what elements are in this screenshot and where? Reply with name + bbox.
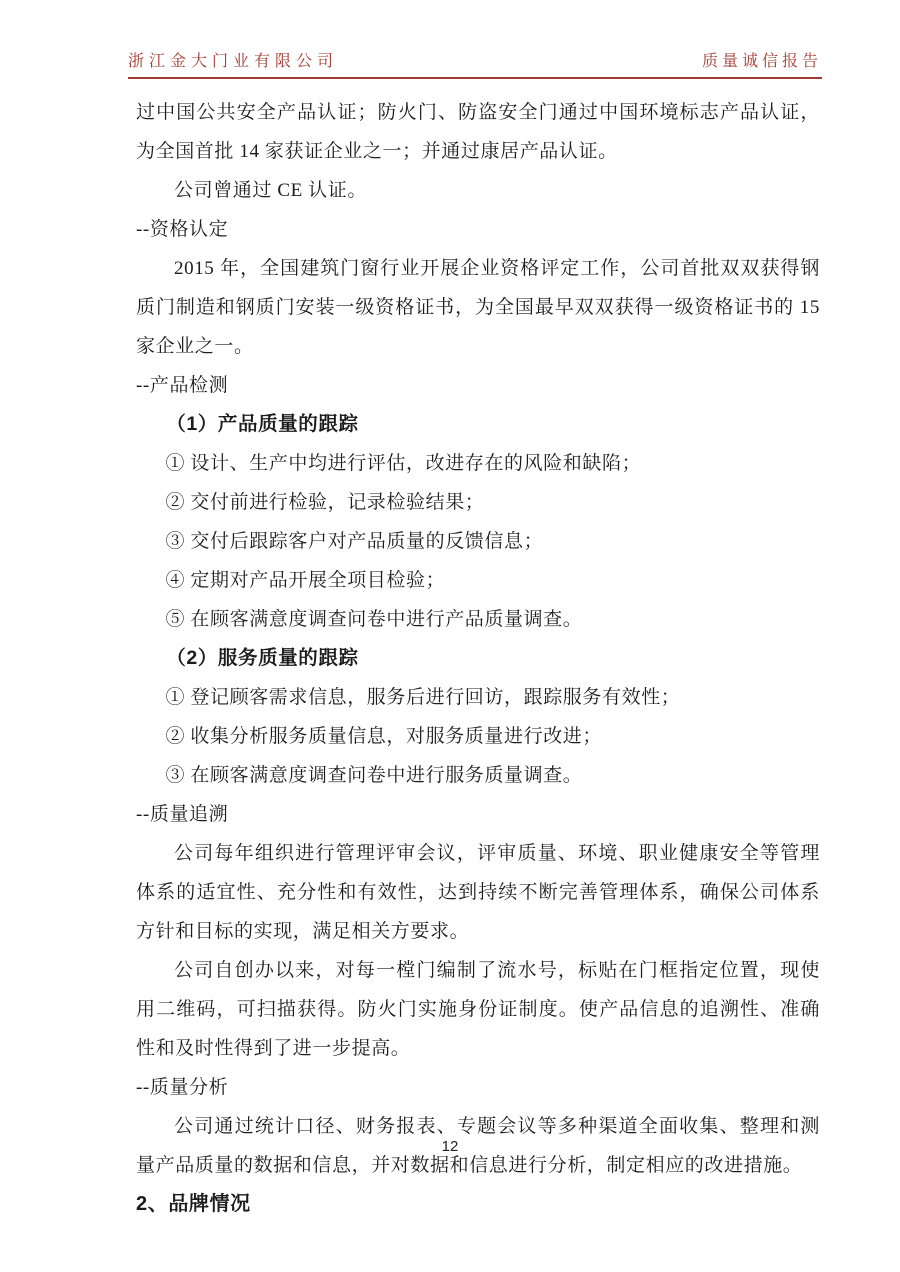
header-report-title: 质量诚信报告	[702, 52, 822, 72]
list-item: ③ 交付后跟踪客户对产品质量的反馈信息；	[136, 522, 820, 561]
paragraph: 公司曾通过 CE 认证。	[136, 171, 820, 210]
list-item: ① 设计、生产中均进行评估，改进存在的风险和缺陷；	[136, 444, 820, 483]
header-company-name: 浙江金大门业有限公司	[128, 52, 338, 72]
dash-heading: --资格认定	[136, 210, 820, 249]
list-item: ② 交付前进行检验，记录检验结果；	[136, 483, 820, 522]
list-item: ③ 在顾客满意度调查问卷中进行服务质量调查。	[136, 756, 820, 795]
section-subheading: （1）产品质量的跟踪	[136, 405, 820, 444]
document-body: 过中国公共安全产品认证；防火门、防盗安全门通过中国环境标志产品认证，为全国首批 …	[136, 93, 820, 1224]
paragraph: 公司每年组织进行管理评审会议，评审质量、环境、职业健康安全等管理体系的适宜性、充…	[136, 834, 820, 951]
paragraph: 公司自创办以来，对每一樘门编制了流水号，标贴在门框指定位置，现使用二维码，可扫描…	[136, 951, 820, 1068]
list-item: ② 收集分析服务质量信息，对服务质量进行改进；	[136, 717, 820, 756]
paragraph-continuation: 过中国公共安全产品认证；防火门、防盗安全门通过中国环境标志产品认证，为全国首批 …	[136, 93, 820, 171]
list-item: ⑤ 在顾客满意度调查问卷中进行产品质量调查。	[136, 600, 820, 639]
list-item: ① 登记顾客需求信息，服务后进行回访，跟踪服务有效性；	[136, 678, 820, 717]
list-item: ④ 定期对产品开展全项目检验；	[136, 561, 820, 600]
dash-heading: --产品检测	[136, 366, 820, 405]
document-page: 浙江金大门业有限公司 质量诚信报告 过中国公共安全产品认证；防火门、防盗安全门通…	[0, 0, 900, 1272]
paragraph: 2015 年，全国建筑门窗行业开展企业资格评定工作，公司首批双双获得钢质门制造和…	[136, 249, 820, 366]
numbered-section-heading: 2、品牌情况	[136, 1185, 820, 1224]
page-number: 12	[0, 1138, 900, 1155]
dash-heading: --质量追溯	[136, 795, 820, 834]
section-subheading: （2）服务质量的跟踪	[136, 639, 820, 678]
page-header: 浙江金大门业有限公司 质量诚信报告	[128, 52, 822, 79]
dash-heading: --质量分析	[136, 1068, 820, 1107]
